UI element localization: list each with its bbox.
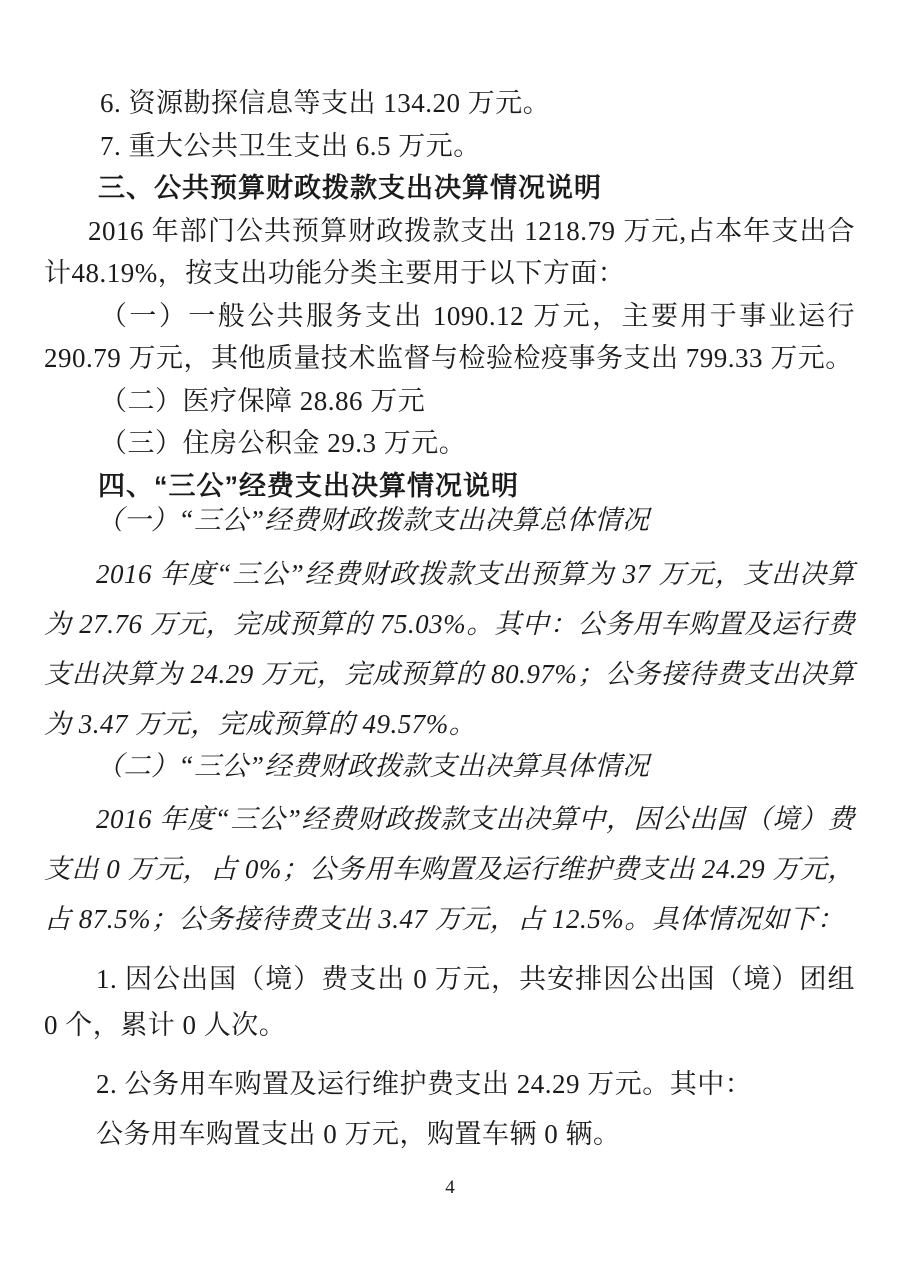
section-heading-iii: 三、公共预算财政拨款支出决算情况说明	[44, 167, 855, 210]
subsection-heading-overall: （一）“三公”经费财政拨款支出决算总体情况	[44, 499, 855, 541]
paragraph-overall-situation: 2016 年度“三公”经费财政拨款支出预算为 37 万元，支出决算为 27.76…	[44, 549, 855, 749]
item-general-public-services: （一）一般公共服务支出 1090.12 万元，主要用于事业运行 290.79 万…	[44, 295, 855, 380]
detail-abroad-expense: 1. 因公出国（境）费支出 0 万元，共安排因公出国（境）团组 0 个，累计 0…	[44, 956, 855, 1048]
list-item-6: 6. 资源勘探信息等支出 134.20 万元。	[44, 82, 855, 125]
detail-vehicle-purchase: 公务用车购置支出 0 万元，购置车辆 0 辆。	[44, 1111, 855, 1157]
page-number: 4	[0, 1176, 900, 1200]
item-housing-fund: （三）住房公积金 29.3 万元。	[44, 422, 855, 465]
detail-vehicle-expense: 2. 公务用车购置及运行维护费支出 24.29 万元。其中：	[44, 1061, 855, 1107]
paragraph-specific-situation: 2016 年度“三公”经费财政拨款支出决算中，因公出国（境）费支出 0 万元，占…	[44, 794, 855, 944]
item-medical-insurance: （二）医疗保障 28.86 万元	[44, 380, 855, 423]
list-item-7: 7. 重大公共卫生支出 6.5 万元。	[44, 125, 855, 168]
subsection-heading-specific: （二）“三公”经费财政拨款支出决算具体情况	[44, 745, 855, 787]
paragraph-public-budget-summary: 2016 年部门公共预算财政拨款支出 1218.79 万元,占本年支出合计48.…	[44, 210, 855, 295]
document-page: 6. 资源勘探信息等支出 134.20 万元。 7. 重大公共卫生支出 6.5 …	[0, 0, 900, 1273]
